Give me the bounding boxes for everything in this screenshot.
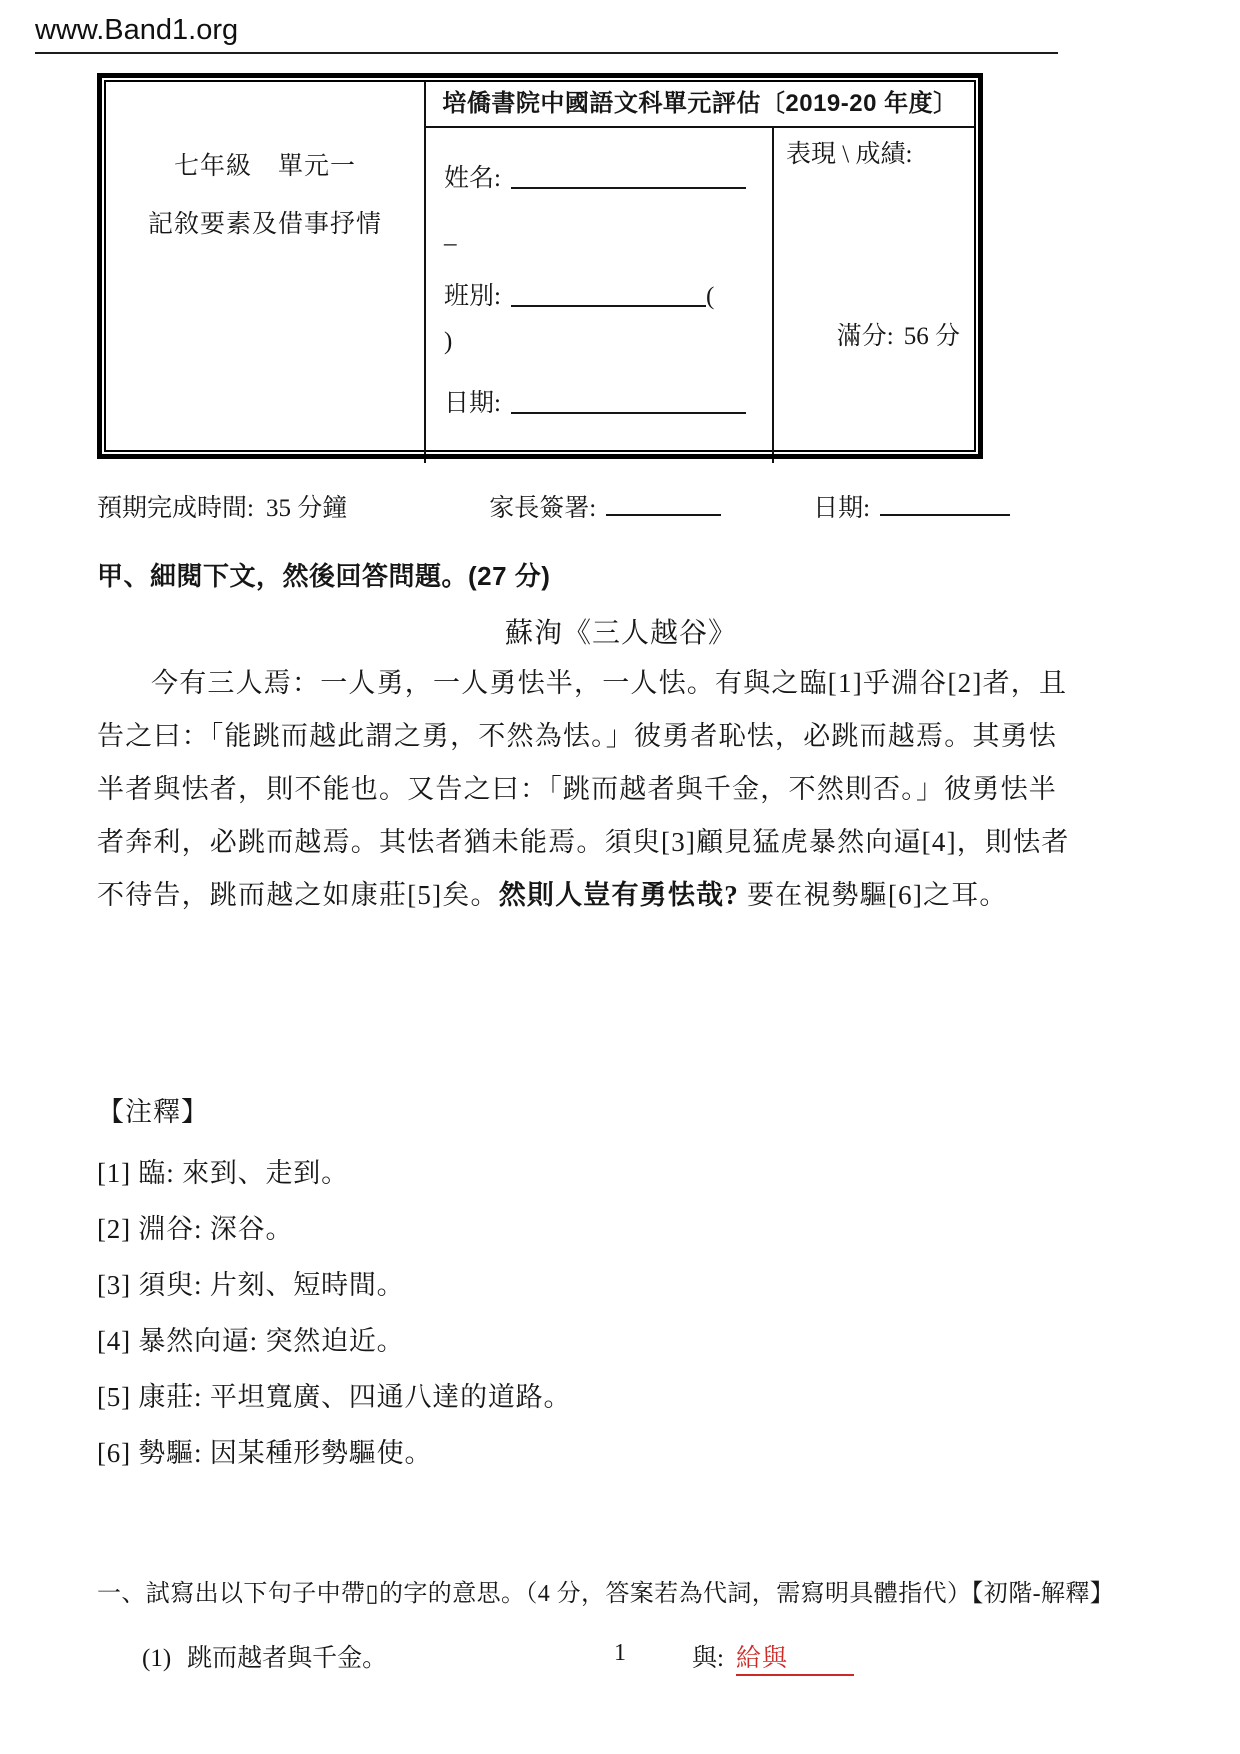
expected-time-label: 預期完成時間: [97, 488, 254, 524]
passage-title: 蘇洵《三人越谷》 [97, 611, 1145, 651]
student-fields-cell: 姓名: _ 班別:( ) 日期: [426, 128, 774, 463]
page-number: 1 [0, 1640, 1240, 1667]
passage-line: 不待告，跳而越之如康莊[5]矣。然則人豈有勇怯哉? 要在視勢驅[6]之耳。 [97, 869, 1145, 922]
assessment-info-table: 七年級 單元一 記敘要素及借事抒情 培僑書院中國語文科單元評估〔2019-20 … [104, 80, 976, 452]
parent-signature-label: 家長簽署: [489, 488, 596, 524]
passage-bold-text: 然則人豈有勇怯哉? [499, 880, 739, 910]
passage-line5-post: 要在視勢驅[6]之耳。 [739, 880, 1008, 910]
grade-unit-label: 七年級 單元一 [106, 146, 424, 182]
full-mark-value: 56 分 [904, 323, 960, 350]
date-blank-wrap [444, 435, 594, 459]
full-mark: 滿分:56 分 [837, 316, 960, 352]
site-header: www.Band1.org [0, 0, 1240, 54]
class-field-label: 班別: [444, 283, 501, 310]
note-item: [2] 淵谷: 深谷。 [97, 1201, 1145, 1257]
passage-line: 者奔利，必跳而越焉。其怯者猶未能焉。須臾[3]顧見猛虎暴然向逼[4]，則怯者 [97, 816, 1145, 869]
parent-signature-blank [606, 492, 721, 516]
passage-line: 今有三人焉：一人勇，一人勇怯半，一人怯。有與之臨[1]乎淵谷[2]者，且 [97, 657, 1145, 710]
class-paren-close: ) [444, 328, 772, 356]
table-title: 培僑書院中國語文科單元評估〔2019-20 年度〕 [426, 82, 974, 128]
question-1-stem: 一、試寫出以下句子中帶▯的字的意思。（4 分，答案若為代詞，需寫明具體指代）【初… [97, 1573, 1145, 1608]
score-cell: 表現 \ 成績: 滿分:56 分 [774, 128, 974, 463]
passage: 今有三人焉：一人勇，一人勇怯半，一人怯。有與之臨[1]乎淵谷[2]者，且 告之曰… [97, 657, 1145, 922]
unit-title-label: 記敘要素及借事抒情 [106, 204, 424, 240]
section-a-heading: 甲、細閱下文，然後回答問題。(27 分) [97, 556, 1145, 593]
signature-date-blank [880, 492, 1010, 516]
note-item: [3] 須臾: 片刻、短時間。 [97, 1257, 1145, 1313]
full-mark-label: 滿分: [837, 323, 894, 350]
note-item: [6] 勢驅: 因某種形勢驅使。 [97, 1425, 1145, 1481]
notes-heading: 【注釋】 [97, 1090, 1145, 1129]
note-item: [4] 暴然向逼: 突然迫近。 [97, 1313, 1145, 1369]
notes-list: [1] 臨: 來到、走到。 [2] 淵谷: 深谷。 [3] 須臾: 片刻、短時間… [97, 1145, 1145, 1481]
signature-date-label: 日期: [813, 488, 870, 524]
note-item: [1] 臨: 來到、走到。 [97, 1145, 1145, 1201]
name-blank [511, 165, 746, 189]
unit-info-cell: 七年級 單元一 記敘要素及借事抒情 [106, 82, 426, 463]
date-blank [511, 390, 746, 414]
date-field-label: 日期: [444, 390, 501, 417]
name-blank-wrap: _ [444, 221, 772, 249]
note-item: [5] 康莊: 平坦寬廣、四通八達的道路。 [97, 1369, 1145, 1425]
site-url: www.Band1.org [35, 14, 1240, 47]
header-rule [35, 52, 1058, 54]
year-text: 2019-20 [785, 90, 877, 117]
signature-row: 預期完成時間: 35 分鐘 家長簽署: 日期: [97, 488, 1145, 524]
class-paren-open: ( [706, 283, 714, 310]
performance-grade-label: 表現 \ 成績: [786, 134, 964, 170]
name-field-label: 姓名: [444, 165, 501, 192]
expected-time-value: 35 分鐘 [266, 488, 347, 524]
passage-line: 告之曰：「能跳而越此謂之勇，不然為怯。」彼勇者恥怯，必跳而越焉。其勇怯 [97, 710, 1145, 763]
class-blank [511, 283, 706, 307]
passage-line5-pre: 不待告，跳而越之如康莊[5]矣。 [97, 880, 499, 910]
year-suffix-text: 年度〕 [877, 90, 958, 117]
school-title-text: 培僑書院中國語文科單元評估〔 [442, 90, 785, 117]
passage-line: 半者與怯者，則不能也。又告之曰：「跳而越者與千金，不然則否。」彼勇怯半 [97, 763, 1145, 816]
